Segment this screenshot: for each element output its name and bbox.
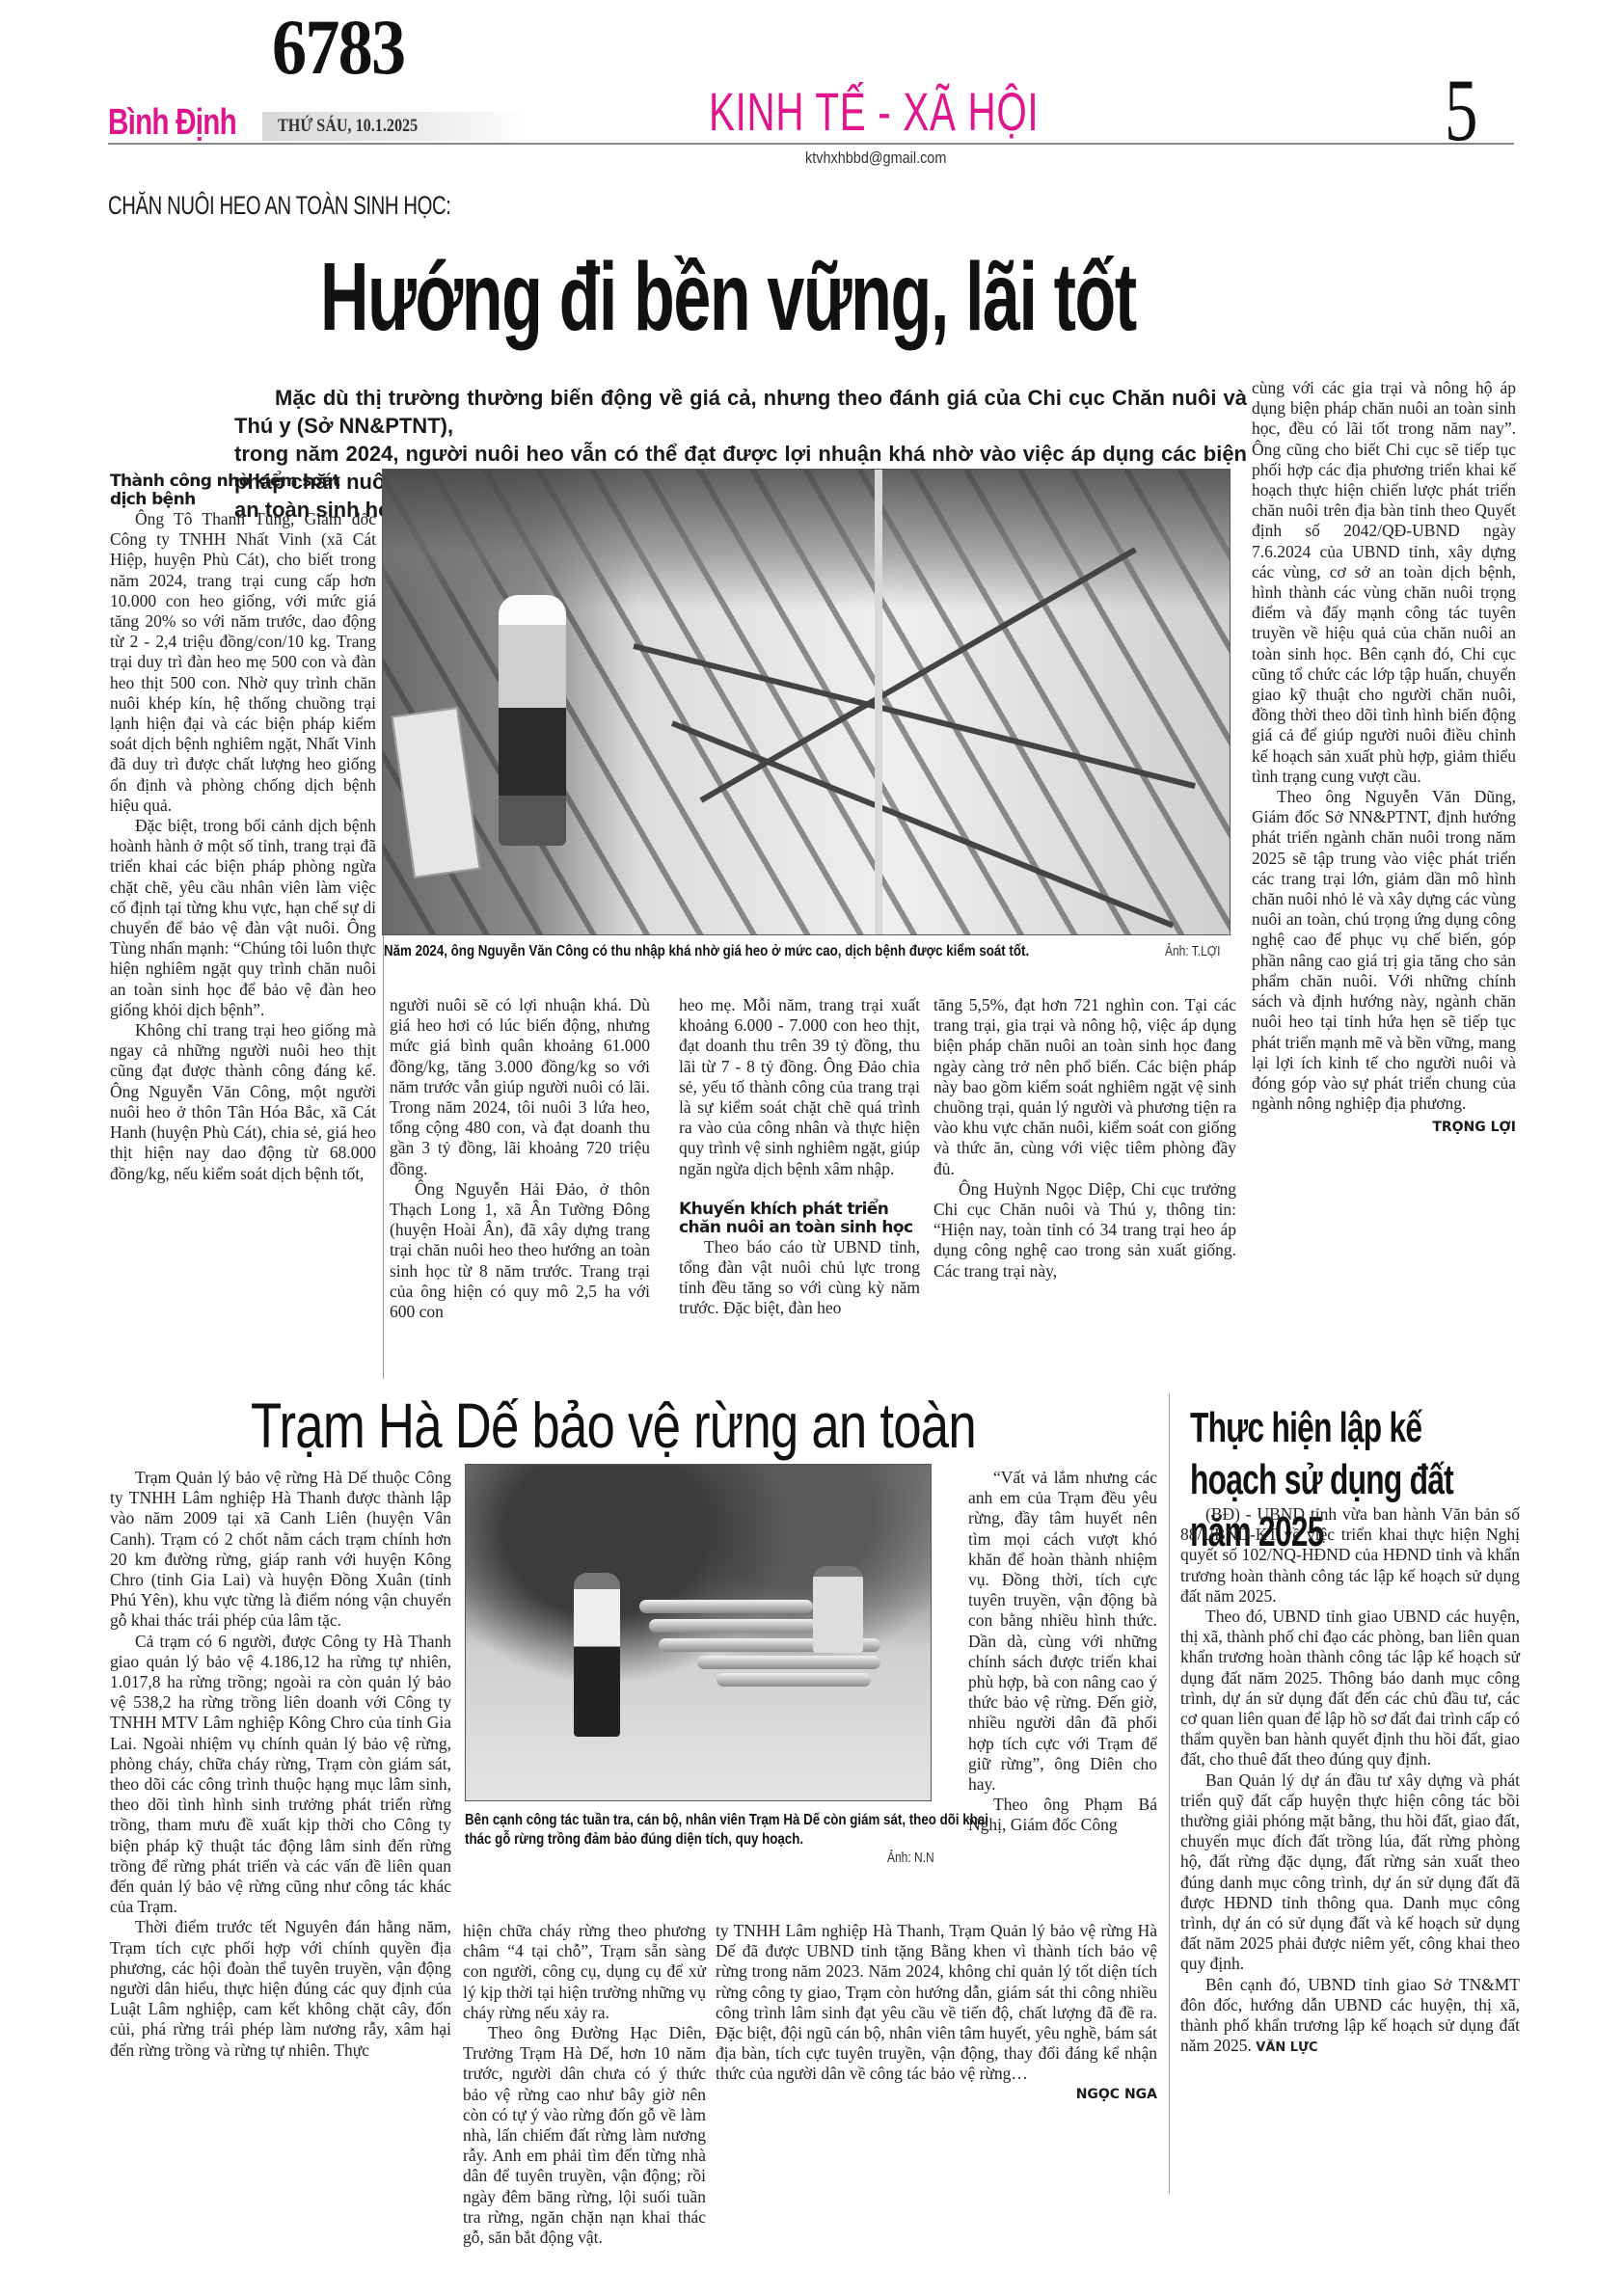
paragraph: tăng 5,5%, đạt hơn 721 nghìn con. Tại cá… (933, 995, 1236, 1179)
article2-headline: Trạm Hà Dế bảo vệ rừng an toàn (251, 1393, 976, 1457)
section-title: KINH TẾ - XÃ HỘI (709, 85, 1039, 139)
paragraph: Ông Huỳnh Ngọc Diệp, Chi cục trưởng Chi … (933, 1179, 1236, 1282)
paragraph: Trạm Quản lý bảo vệ rừng Hà Dế thuộc Côn… (110, 1468, 451, 1632)
paragraph: Bên cạnh đó, UBND tỉnh giao Sở TN&MT đôn… (1180, 1975, 1520, 2059)
article2-column-3: “Vất vả lắm nhưng các anh em của Trạm đề… (968, 1468, 1157, 1836)
article1-subhead-1: Thành công nhờ kiểm soát dịch bệnh (110, 473, 376, 509)
paragraph: Đặc biệt, trong bối cảnh dịch bệnh hoành… (110, 816, 376, 1020)
section-email: ktvhxhbbd@gmail.com (805, 149, 946, 168)
paragraph: Theo ông Đường Hạc Diên, Trưởng Trạm Hà … (463, 2023, 706, 2248)
paragraph-text: Bên cạnh đó, UBND tỉnh giao Sở TN&MT đôn… (1180, 1975, 1520, 2056)
pen-rail (633, 643, 1196, 789)
paragraph: Không chỉ trang trại heo giống mà ngay c… (110, 1020, 376, 1184)
article1-headline: Hướng đi bền vững, lãi tốt (320, 249, 1136, 345)
farmer-figure (499, 595, 566, 846)
issue-number: 6783 (272, 8, 404, 87)
paragraph: Theo ông Nguyễn Văn Dũng, Giám đốc Sở NN… (1252, 787, 1516, 1114)
paragraph: Ông Tô Thanh Tùng, Giám đốc Công ty TNHH… (110, 509, 376, 816)
timber-log (717, 1673, 871, 1687)
article1-byline: TRỌNG LỢI (1252, 1118, 1516, 1138)
paragraph: Cả trạm có 6 người, được Công ty Hà Than… (110, 1632, 451, 1918)
forest-photo (465, 1464, 932, 1801)
paragraph: (BĐ) - UBND tỉnh vừa ban hành Văn bản số… (1180, 1504, 1520, 1607)
ranger-figure (813, 1566, 863, 1653)
page-number: 5 (1445, 66, 1478, 154)
paragraph: Theo ông Phạm Bá Nghị, Giám đốc Công (968, 1795, 1157, 1835)
support-pole (875, 470, 882, 935)
article3-body: (BĐ) - UBND tỉnh vừa ban hành Văn bản số… (1180, 1504, 1520, 2058)
paragraph: heo mẹ. Mỗi năm, trang trại xuất khoảng … (679, 995, 920, 1179)
paragraph: Ông Nguyễn Hải Đảo, ở thôn Thạch Long 1,… (390, 1179, 650, 1322)
article2-photo-credit: Ảnh: N.N (887, 1850, 934, 1866)
pen-rail (671, 720, 1174, 928)
article1-column-1: Thành công nhờ kiểm soát dịch bệnh Ông T… (110, 473, 376, 1184)
masthead-rule (108, 143, 1514, 145)
article1-column-5: cùng với các gia trại và nông hộ áp dụng… (1252, 378, 1516, 1139)
article1-column-4: tăng 5,5%, đạt hơn 721 nghìn con. Tại cá… (933, 995, 1236, 1282)
newspaper-logo: Bình Định (108, 104, 236, 141)
paragraph: Thời điểm trước tết Nguyên đán hằng năm,… (110, 1917, 451, 2060)
issue-date: THỨ SÁU, 10.1.2025 (278, 116, 418, 137)
paragraph: “Vất vả lắm nhưng các anh em của Trạm đề… (968, 1468, 1157, 1795)
timber-log (639, 1600, 813, 1613)
article1-photo-credit: Ảnh: T.LỢI (1165, 943, 1220, 959)
article2-byline: NGỌC NGA (716, 2085, 1157, 2105)
article1-column-3: heo mẹ. Mỗi năm, trang trại xuất khoảng … (679, 995, 920, 1319)
column-divider (1169, 1393, 1170, 2194)
article1-subhead-2: Khuyến khích phát triển chăn nuôi an toà… (679, 1201, 920, 1237)
paragraph: hiện chữa cháy rừng theo phương châm “4 … (463, 1921, 706, 2023)
article3-byline: VĂN LỰC (1256, 2040, 1317, 2055)
feed-bag (392, 707, 481, 878)
article2-column-3-continued: ty TNHH Lâm nghiệp Hà Thanh, Trạm Quản l… (716, 1921, 1157, 2105)
article1-column-2: người nuôi sẽ có lợi nhuận khá. Dù giá h… (390, 995, 650, 1322)
paragraph: ty TNHH Lâm nghiệp Hà Thanh, Trạm Quản l… (716, 1921, 1157, 2085)
article1-kicker: CHĂN NUÔI HEO AN TOÀN SINH HỌC: (108, 191, 451, 221)
paragraph: Ban Quản lý dự án đầu tư xây dựng và phá… (1180, 1770, 1520, 1975)
article2-column-1: Trạm Quản lý bảo vệ rừng Hà Dế thuộc Côn… (110, 1468, 451, 2061)
paragraph: cùng với các gia trại và nông hộ áp dụng… (1252, 378, 1516, 787)
paragraph: người nuôi sẽ có lợi nhuận khá. Dù giá h… (390, 995, 650, 1179)
ranger-figure (574, 1573, 620, 1737)
paragraph: Theo đó, UBND tỉnh giao UBND các huyện, … (1180, 1607, 1520, 1770)
pig-farm-photo (382, 469, 1231, 935)
article2-photo-caption: Bên cạnh công tác tuần tra, cán bộ, nhân… (465, 1811, 995, 1850)
timber-log (697, 1656, 880, 1669)
sapo-line: Mặc dù thị trường thường biến động về gi… (234, 384, 1247, 440)
paragraph: Theo báo cáo từ UBND tỉnh, tổng đàn vật … (679, 1237, 920, 1319)
article2-column-2: hiện chữa cháy rừng theo phương châm “4 … (463, 1921, 706, 2248)
article1-photo-caption: Năm 2024, ông Nguyễn Văn Công có thu nhậ… (384, 943, 1029, 960)
